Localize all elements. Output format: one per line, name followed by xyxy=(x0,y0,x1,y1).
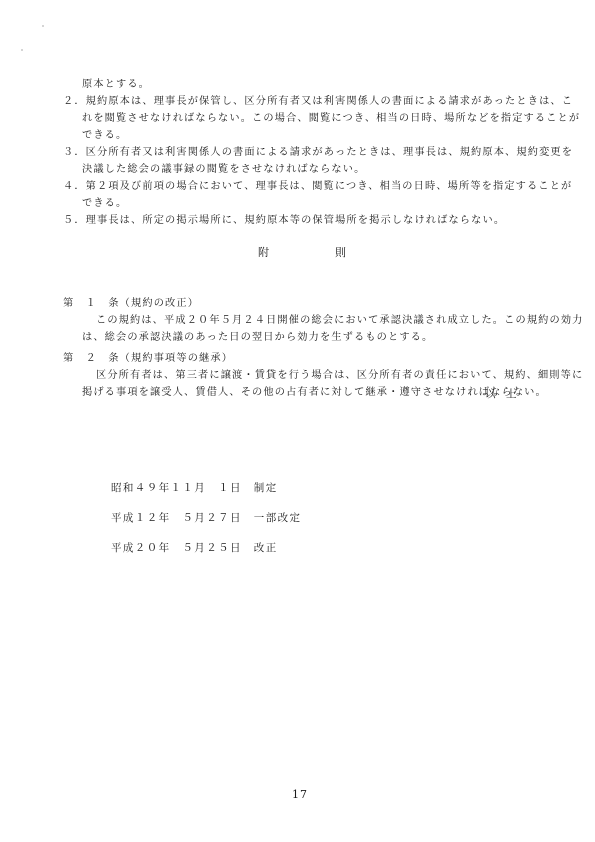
article-line: 掲げる事項を譲受人、賃借人、その他の占有者に対して継承・遵守させなければならない… xyxy=(82,386,547,400)
clause-line: ５．理事長は、所定の掲示場所に、規約原本等の保管場所を掲示しなければならない。 xyxy=(63,214,505,228)
document-page: 原本とする。２．規約原本は、理事長が保管し、区分所有者又は利害関係人の書面による… xyxy=(0,0,595,842)
scan-speck xyxy=(21,49,23,51)
article-heading: 第 １ 条（規約の改正） xyxy=(63,297,199,311)
clause-line: れを閲覧させなければならない。この場合、閲覧につき、相当の日時、場所などを指定す… xyxy=(82,112,580,126)
history-entry: 昭和４９年１１月 １日 制定 xyxy=(111,480,278,495)
clause-line: 決議した総会の議事録の閲覧をさせなければならない。 xyxy=(82,163,365,177)
article-line: は、総会の承認決議のあった日の翌日から効力を生ずるものとする。 xyxy=(82,331,433,345)
article-line: 区分所有者は、第三者に譲渡・賃貸を行う場合は、区分所有者の責任において、規約、細… xyxy=(96,369,583,383)
scan-speck xyxy=(42,25,44,27)
article-line: この規約は、平成２０年５月２４日開催の総会において承認決議され成立した。この規約… xyxy=(96,314,584,328)
article-heading: 第 ２ 条（規約事項等の継承） xyxy=(63,352,233,366)
clause-line: できる。 xyxy=(82,197,127,211)
history-entry: 平成２０年 ５月２５日 改正 xyxy=(111,540,278,555)
clause-line: できる。 xyxy=(82,129,127,143)
clause-line: ３．区分所有者又は利害関係人の書面による請求があったときは、理事長は、規約原本、… xyxy=(63,146,573,160)
clause-line: 原本とする。 xyxy=(82,78,150,92)
clause-line: ４．第２項及び前項の場合において、理事長は、閲覧につき、相当の日時、場所等を指定… xyxy=(63,180,572,194)
section-title-left: 附 xyxy=(258,244,269,260)
history-entry: 平成１２年 ５月２７日 一部改定 xyxy=(111,510,301,525)
section-title-right: 則 xyxy=(335,244,346,260)
closing-mark: 以 上 xyxy=(485,386,517,401)
clause-line: ２．規約原本は、理事長が保管し、区分所有者又は利害関係人の書面による請求があった… xyxy=(63,95,573,109)
page-number: 17 xyxy=(292,788,308,801)
